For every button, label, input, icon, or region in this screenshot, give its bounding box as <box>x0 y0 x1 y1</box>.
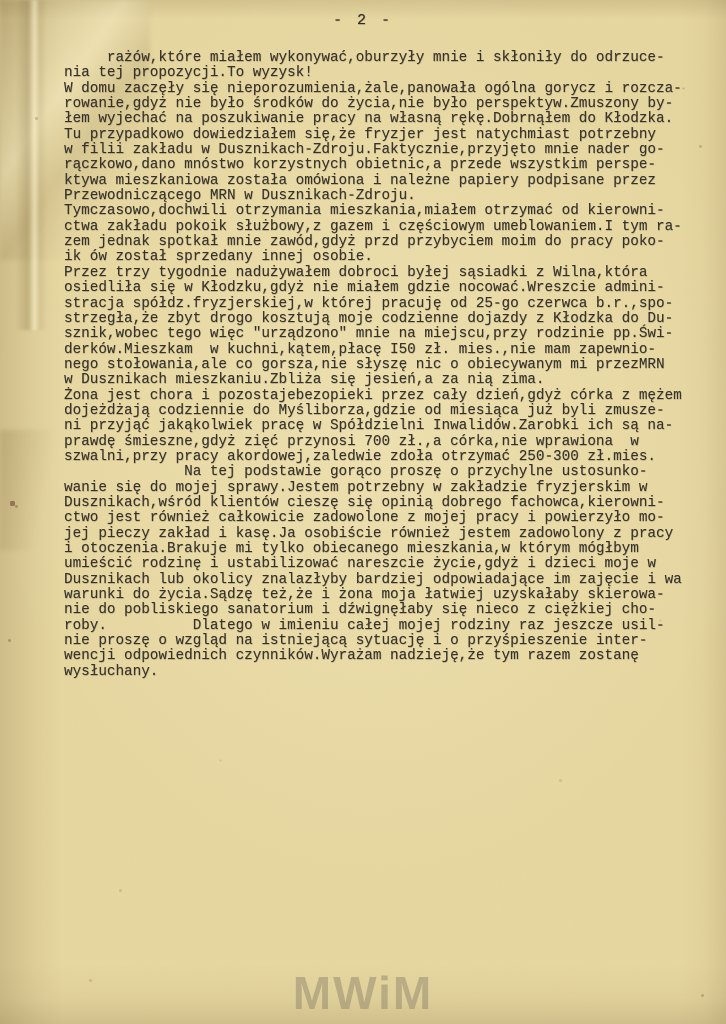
text-line: ni przyjąć jakąkolwiek pracę w Spółdziel… <box>64 419 726 434</box>
text-line: nie do pobliskiego sanatorium i dźwignęł… <box>64 603 726 618</box>
letter-body-text: rażów,które miałem wykonywać,oburzyły mn… <box>64 51 726 680</box>
text-line: strzegła,że zbyt drogo kosztują moje cod… <box>64 312 726 327</box>
text-line: Przez trzy tygodnie nadużywałem dobroci … <box>64 266 726 281</box>
vertical-crease <box>16 0 46 330</box>
text-line: dojeżdżają codziennie do Myśliborza,gdzi… <box>64 404 726 419</box>
text-line: wencji odpowiednich czynników.Wyrażam na… <box>64 649 726 664</box>
page-number: - 2 - <box>0 12 726 29</box>
text-line: roby. Dlatego w imieniu całej mojej rodz… <box>64 619 726 634</box>
text-line: ktywa mieszkaniowa została omówiona i na… <box>64 174 726 189</box>
text-line: umieścić rodzinę i ustabilizować nareszc… <box>64 557 726 572</box>
text-line: prawdę śmieszne,gdyż zięć przynosi 700 z… <box>64 435 726 450</box>
text-line: jej pieczy zakład i kasę.Ja osobiście ró… <box>64 527 726 542</box>
text-line: ctwo jest również całkowicie zadowolone … <box>64 511 726 526</box>
text-line: Tu przypadkowo dowiedziałem się,że fryzj… <box>64 128 726 143</box>
text-line: stracja spółdz.fryzjerskiej,w której pra… <box>64 297 726 312</box>
text-line: Żona jest chora i pozostajebezopieki prz… <box>64 389 726 404</box>
text-line: nego stołowania,ale co gorsza,nie słyszę… <box>64 358 726 373</box>
text-line: Tymczasowo,dochwili otrzymania mieszkani… <box>64 204 726 219</box>
dirt-specks <box>0 0 1 1</box>
text-line: szwalni,przy pracy akordowej,zaledwie zd… <box>64 450 726 465</box>
left-edge-crease <box>0 430 60 550</box>
text-line: wanie się do mojej sprawy.Jestem potrzeb… <box>64 481 726 496</box>
text-line: ik ów został sprzedany innej osobie. <box>64 250 726 265</box>
text-line: Na tej podstawie gorąco proszę o przychy… <box>64 465 726 480</box>
watermark: MWiM <box>0 966 726 1020</box>
text-line: osiedliła się w Kłodzku,gdyż nie miałem … <box>64 281 726 296</box>
scanned-letter-page: - 2 - rażów,które miałem wykonywać,oburz… <box>0 0 726 1024</box>
text-line: w Dusznikach mieszkaniu.Zbliża się jesie… <box>64 373 726 388</box>
text-line: W domu zaczęły się nieporozumienia,żale,… <box>64 82 726 97</box>
text-line: Dusznikach,wśród klientów cieszę się opi… <box>64 496 726 511</box>
text-line: wysłuchany. <box>64 665 726 680</box>
text-line: nia tej propozycji.To wyzysk! <box>64 66 726 81</box>
text-line: rączkowo,dano mnóstwo korzystnych obietn… <box>64 158 726 173</box>
text-line: łem wyjechać na poszukiwanie pracy na wł… <box>64 112 726 127</box>
text-line: Dusznikach lub okolicy znalazłyby bardzi… <box>64 573 726 588</box>
text-line: ctwa zakładu pokoik służbowy,z gazem i c… <box>64 220 726 235</box>
text-line: derków.Mieszkam w kuchni,kątem,płacę I50… <box>64 343 726 358</box>
text-line: sznik,wobec tego więc "urządzono" mnie n… <box>64 327 726 342</box>
